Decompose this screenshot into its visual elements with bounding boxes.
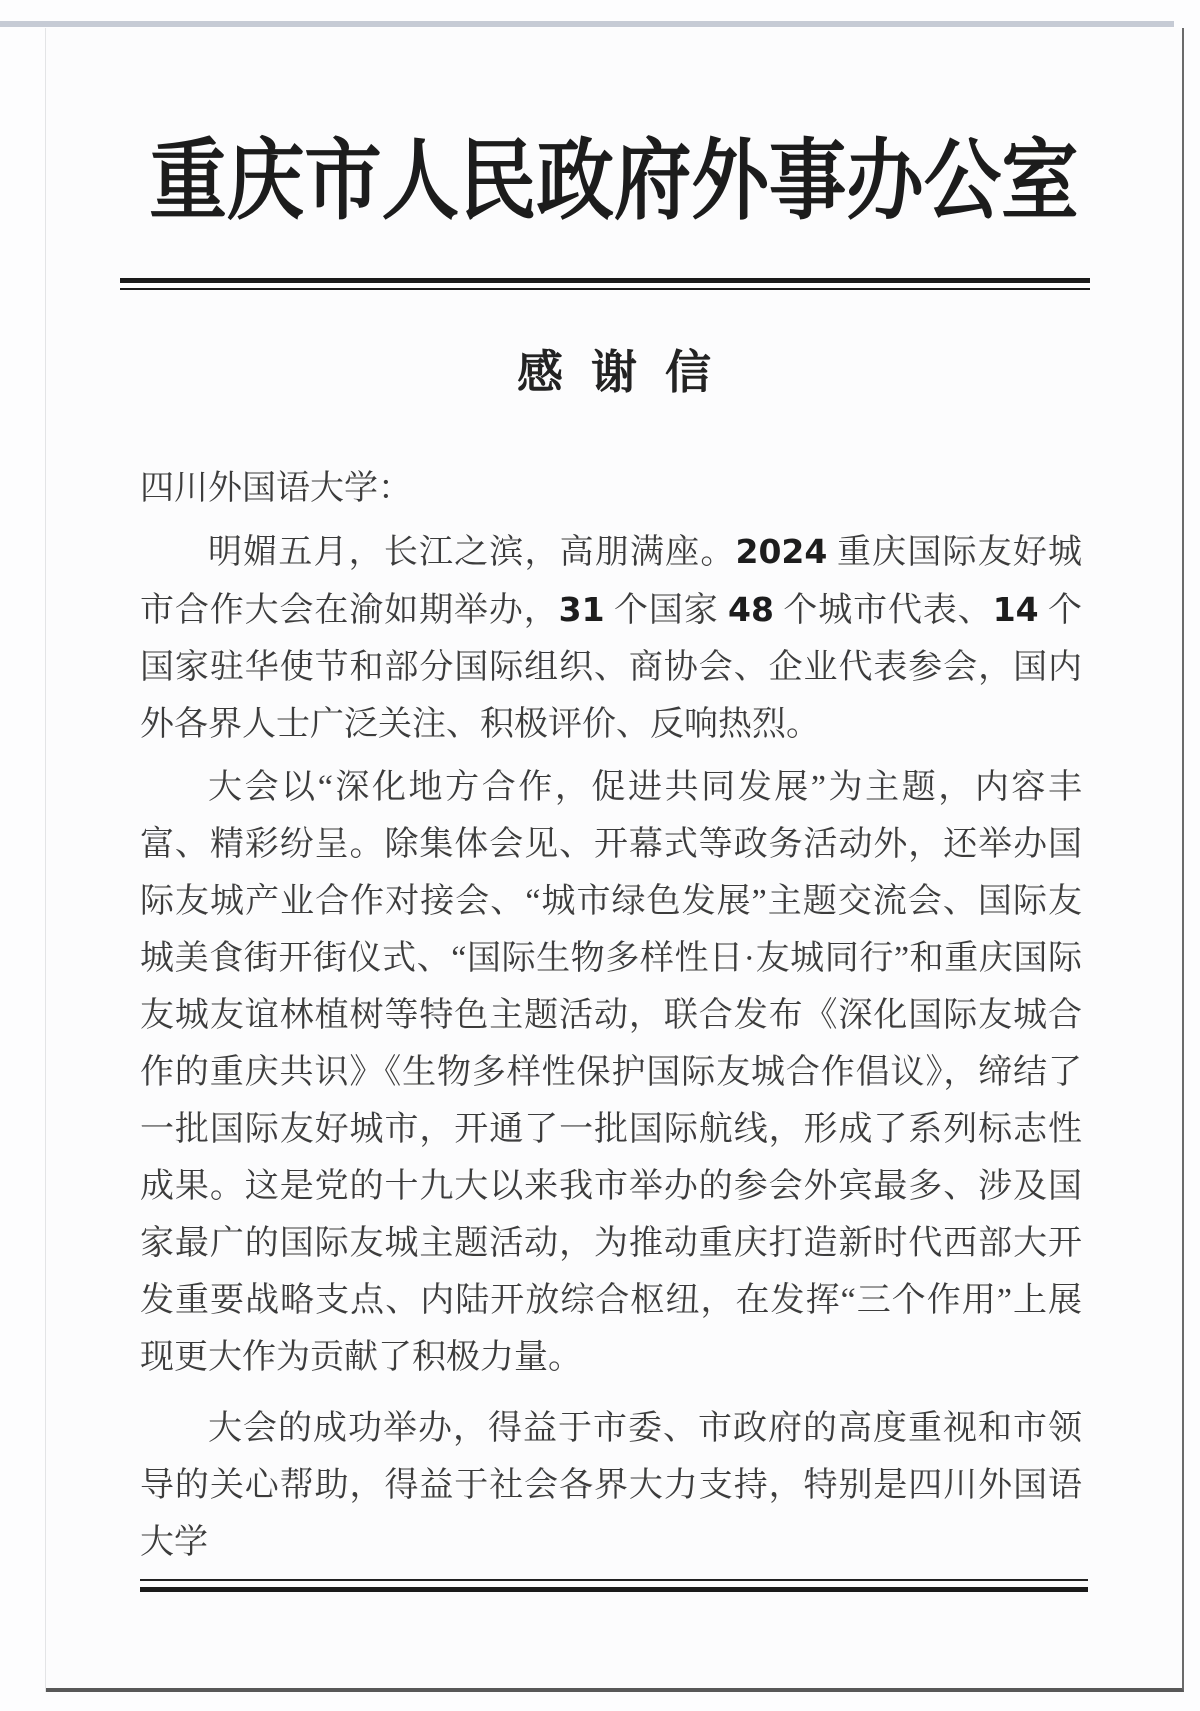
envoys-number: 14 — [993, 590, 1039, 629]
letter-body: 四川外国语大学： 明媚五月，长江之滨，高朋满座。2024 重庆国际友好城市合作大… — [140, 460, 1082, 1592]
scan-edge-top — [0, 21, 1174, 27]
letterhead-divider — [120, 278, 1090, 290]
letterhead-org-name: 重庆市人民政府外事办公室 — [114, 132, 1114, 233]
scanned-letter: 重庆市人民政府外事办公室 感谢信 四川外国语大学： 明媚五月，长江之滨，高朋满座… — [0, 0, 1200, 1711]
footer-divider — [140, 1579, 1088, 1592]
year-number: 2024 — [735, 532, 827, 571]
letter-title: 感谢信 — [46, 336, 1182, 402]
paragraph-1: 明媚五月，长江之滨，高朋满座。2024 重庆国际友好城市合作大会在渝如期举办，3… — [140, 523, 1082, 753]
footer-thick-line — [140, 1587, 1088, 1592]
cities-number: 48 — [728, 590, 774, 629]
paragraph-2: 大会以“深化地方合作，促进共同发展”为主题，内容丰富、精彩纷呈。除集体会见、开幕… — [140, 759, 1082, 1386]
paragraph-1-text: 明媚五月，长江之滨，高朋满座。 — [208, 534, 735, 571]
salutation: 四川外国语大学： — [140, 460, 1082, 517]
divider-thin-line — [120, 288, 1090, 290]
paragraph-1-text: 个国家 — [605, 592, 728, 629]
letter-page: 重庆市人民政府外事办公室 感谢信 四川外国语大学： 明媚五月，长江之滨，高朋满座… — [46, 28, 1184, 1692]
countries-number: 31 — [559, 590, 605, 629]
paragraph-3: 大会的成功举办，得益于市委、市政府的高度重视和市领导的关心帮助，得益于社会各界大… — [140, 1400, 1082, 1571]
paragraph-1-text: 个城市代表、 — [774, 592, 993, 629]
